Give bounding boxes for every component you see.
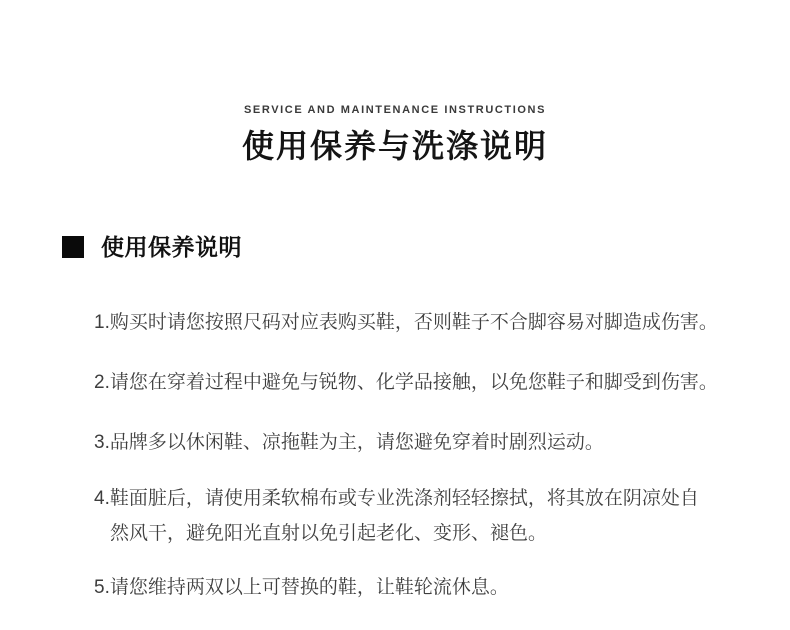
instruction-line: 3.品牌多以休闲鞋、凉拖鞋为主，请您避免穿着时剧烈运动。 [94,425,754,460]
instruction-line: 2.请您在穿着过程中避免与锐物、化学品接触，以免您鞋子和脚受到伤害。 [94,365,754,400]
care-instructions-page: SERVICE AND MAINTENANCE INSTRUCTIONS 使用保… [0,0,790,630]
instruction-line: 1.购买时请您按照尺码对应表购买鞋，否则鞋子不合脚容易对脚造成伤害。 [94,305,754,340]
instruction-item-5: 5.请您维持两双以上可替换的鞋，让鞋轮流休息。 [94,570,754,605]
instruction-line: 4.鞋面脏后，请使用柔软棉布或专业洗涤剂轻轻擦拭，将其放在阴凉处自 [94,481,754,516]
instruction-item-2: 2.请您在穿着过程中避免与锐物、化学品接触，以免您鞋子和脚受到伤害。 [94,365,754,400]
page-title: 使用保养与洗涤说明 [0,121,790,167]
instruction-item-1: 1.购买时请您按照尺码对应表购买鞋，否则鞋子不合脚容易对脚造成伤害。 [94,305,754,340]
section-bullet-square-icon [62,236,84,258]
section-title: 使用保养说明 [101,236,242,258]
instruction-line-wrapped: 然风干，避免阳光直射以免引起老化、变形、褪色。 [94,516,754,551]
instruction-item-4: 4.鞋面脏后，请使用柔软棉布或专业洗涤剂轻轻擦拭，将其放在阴凉处自 然风干，避免… [94,481,754,551]
english-subtitle: SERVICE AND MAINTENANCE INSTRUCTIONS [0,104,790,116]
instruction-line: 5.请您维持两双以上可替换的鞋，让鞋轮流休息。 [94,570,754,605]
section-header: 使用保养说明 [62,236,242,258]
instruction-item-3: 3.品牌多以休闲鞋、凉拖鞋为主，请您避免穿着时剧烈运动。 [94,425,754,460]
